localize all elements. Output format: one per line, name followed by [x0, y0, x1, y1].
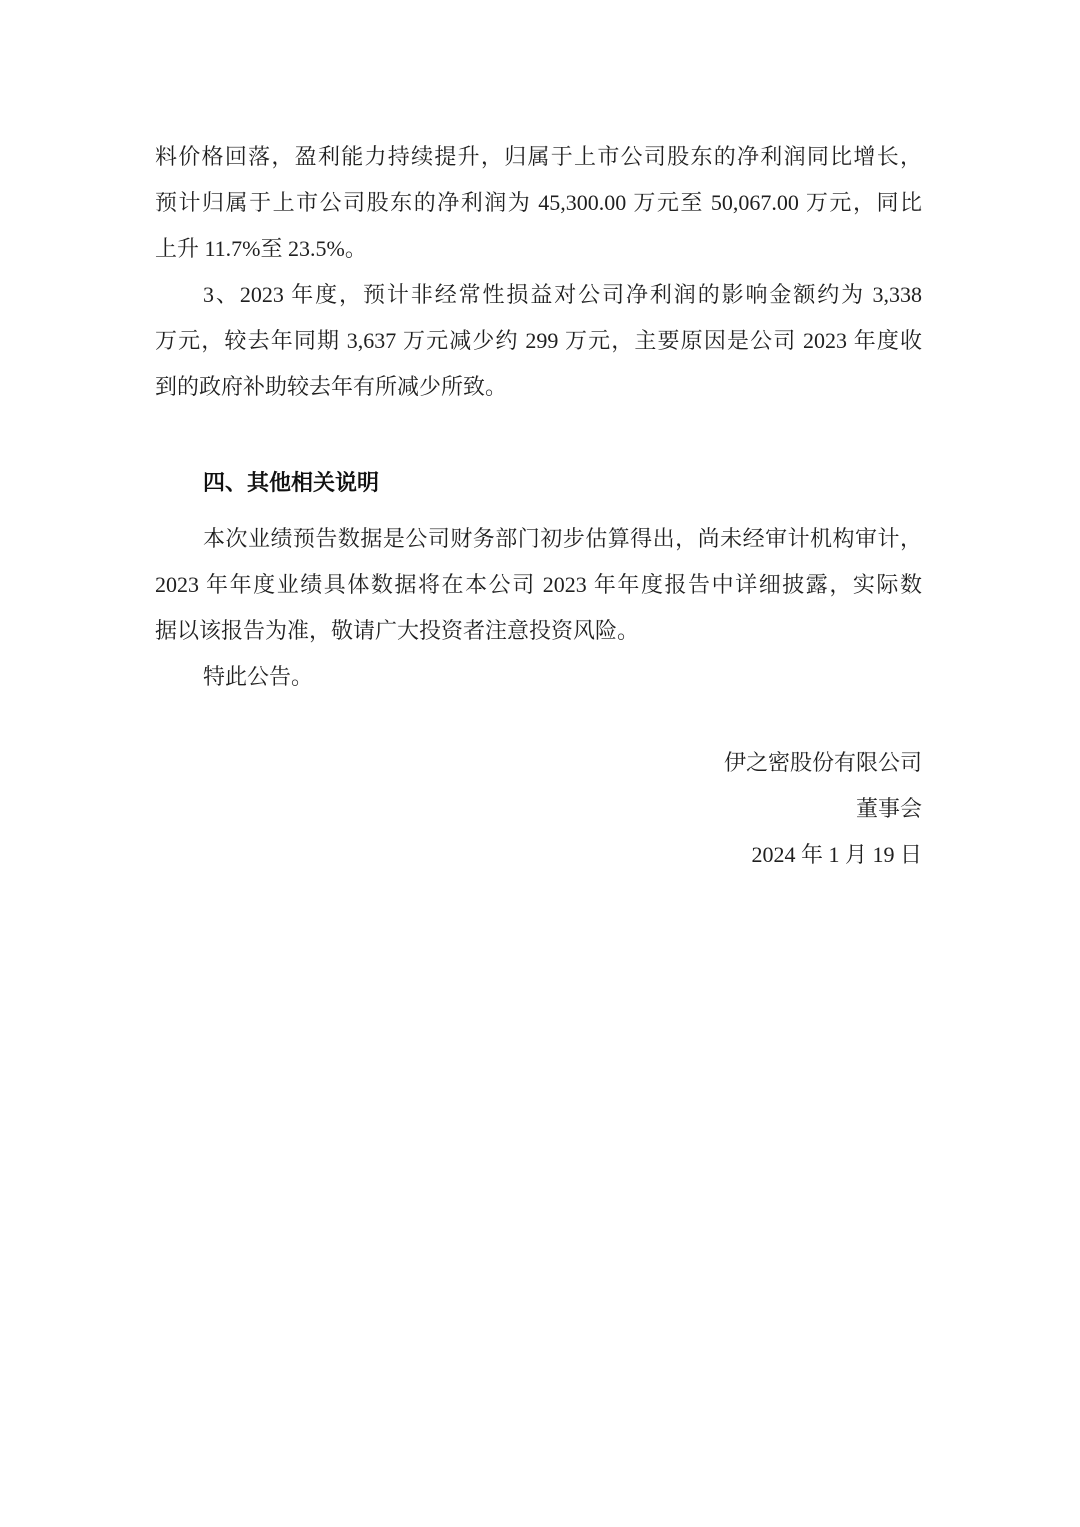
paragraph-disclaimer: 本次业绩预告数据是公司财务部门初步估算得出，尚未经审计机构审计， 2023 年年…	[155, 516, 922, 654]
text-line: 3、2023 年度，预计非经常性损益对公司净利润的影响金额约为 3,338	[155, 272, 922, 318]
paragraph-non-recurring-items: 3、2023 年度，预计非经常性损益对公司净利润的影响金额约为 3,338 万元…	[155, 272, 922, 410]
text-line: 料价格回落，盈利能力持续提升，归属于上市公司股东的净利润同比增长，	[155, 134, 922, 180]
text-line: 据以该报告为准，敬请广大投资者注意投资风险。	[155, 608, 922, 654]
text-line: 预计归属于上市公司股东的净利润为 45,300.00 万元至 50,067.00…	[155, 180, 922, 226]
paragraph-profit-forecast: 料价格回落，盈利能力持续提升，归属于上市公司股东的净利润同比增长， 预计归属于上…	[155, 134, 922, 272]
section-heading-other-notes: 四、其他相关说明	[155, 460, 922, 506]
signature-board: 董事会	[155, 786, 922, 832]
page-content: 料价格回落，盈利能力持续提升，归属于上市公司股东的净利润同比增长， 预计归属于上…	[155, 0, 922, 878]
text-line: 万元，较去年同期 3,637 万元减少约 299 万元，主要原因是公司 2023…	[155, 318, 922, 364]
closing-text: 特此公告。	[155, 654, 922, 700]
announcement-page: 料价格回落，盈利能力持续提升，归属于上市公司股东的净利润同比增长， 预计归属于上…	[0, 0, 1080, 1527]
text-line: 本次业绩预告数据是公司财务部门初步估算得出，尚未经审计机构审计，	[155, 516, 922, 562]
text-line: 2023 年年度业绩具体数据将在本公司 2023 年年度报告中详细披露，实际数	[155, 562, 922, 608]
signature-block: 伊之密股份有限公司 董事会 2024 年 1 月 19 日	[155, 740, 922, 878]
signature-date: 2024 年 1 月 19 日	[155, 832, 922, 878]
heading-text: 四、其他相关说明	[155, 460, 922, 506]
signature-company: 伊之密股份有限公司	[155, 740, 922, 786]
text-line: 上升 11.7%至 23.5%。	[155, 226, 922, 272]
paragraph-closing: 特此公告。	[155, 654, 922, 700]
text-line: 到的政府补助较去年有所减少所致。	[155, 364, 922, 410]
